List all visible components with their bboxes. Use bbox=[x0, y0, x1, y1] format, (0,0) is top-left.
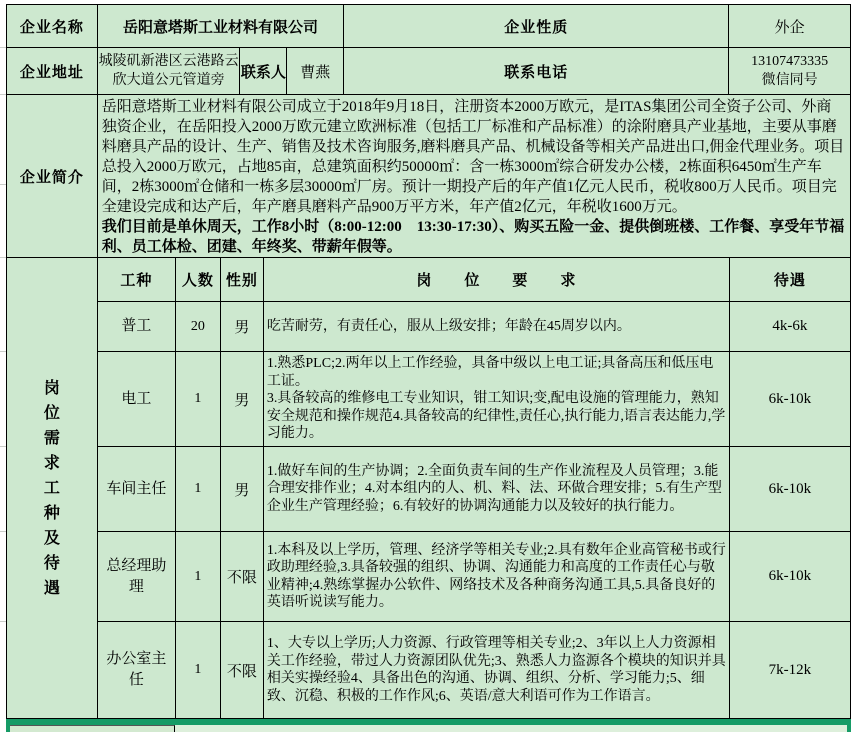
next-section-left-cell bbox=[10, 725, 175, 732]
job-requirements: 1、大专以上学历;人力资源、行政管理等相关专业;2、3年以上人力资源相关工作经验… bbox=[264, 622, 730, 718]
contact-phone-value: 13107473335 微信同号 bbox=[729, 48, 850, 94]
job-count: 1 bbox=[176, 352, 221, 446]
table-row: 车间主任 1 男 1.做好车间的生产协调；2.全面负责车间的生产作业流程及人员管… bbox=[98, 447, 850, 532]
job-gender: 不限 bbox=[221, 622, 264, 718]
table-row: 电工 1 男 1.熟悉PLC;2.两年以上工作经验，具备中级以上电工证;具备高压… bbox=[98, 352, 850, 447]
company-nature-value: 外企 bbox=[729, 5, 850, 47]
phone-wechat-note: 微信同号 bbox=[762, 71, 818, 90]
recruitment-table: 企业名称 岳阳意塔斯工业材料有限公司 企业性质 外企 企业地址 城陵矶新港区云港… bbox=[6, 4, 851, 719]
job-count: 1 bbox=[176, 532, 221, 621]
job-requirements: 吃苦耐劳，有责任心，服从上级安排；年龄在45周岁以内。 bbox=[264, 302, 730, 351]
job-type: 办公室主任 bbox=[98, 622, 176, 718]
company-address-label: 企业地址 bbox=[7, 48, 98, 94]
company-name-row: 企业名称 岳阳意塔斯工业材料有限公司 企业性质 外企 bbox=[7, 5, 850, 48]
company-profile-text: 岳阳意塔斯工业材料有限公司成立于2018年9月18日，注册资本2000万欧元，是… bbox=[98, 95, 850, 257]
next-section-body-cell bbox=[175, 725, 847, 732]
job-header-row: 工种 人数 性别 岗 位 要 求 待遇 bbox=[98, 258, 850, 302]
job-rows: 工种 人数 性别 岗 位 要 求 待遇 普工 20 男 吃苦耐劳，有责任心，服从… bbox=[98, 258, 850, 718]
job-salary: 6k-10k bbox=[730, 532, 850, 621]
company-address-row: 企业地址 城陵矶新港区云港路云欣大道公元管道旁 联系人 曹燕 联系电话 1310… bbox=[7, 48, 850, 95]
company-profile-row: 企业简介 岳阳意塔斯工业材料有限公司成立于2018年9月18日，注册资本2000… bbox=[7, 95, 850, 258]
profile-benefits-paragraph: 我们目前是单休周天，工作8小时（8:00-12:00 13:30-17:30）、… bbox=[102, 217, 846, 257]
table-row: 普工 20 男 吃苦耐劳，有责任心，服从上级安排；年龄在45周岁以内。 4k-6… bbox=[98, 302, 850, 352]
job-type: 总经理助理 bbox=[98, 532, 176, 621]
job-gender: 男 bbox=[221, 447, 264, 531]
header-requirements: 岗 位 要 求 bbox=[264, 258, 730, 301]
job-salary: 4k-6k bbox=[730, 302, 850, 351]
job-gender: 不限 bbox=[221, 532, 264, 621]
company-address-value: 城陵矶新港区云港路云欣大道公元管道旁 bbox=[98, 48, 241, 94]
job-requirements: 1.做好车间的生产协调；2.全面负责车间的生产作业流程及人员管理；3.能合理安排… bbox=[264, 447, 730, 531]
spreadsheet-sheet: 企业名称 岳阳意塔斯工业材料有限公司 企业性质 外企 企业地址 城陵矶新港区云港… bbox=[0, 0, 856, 732]
company-profile-label: 企业简介 bbox=[7, 95, 98, 257]
job-gender: 男 bbox=[221, 302, 264, 351]
job-count: 1 bbox=[176, 622, 221, 718]
job-section-vertical-label: 岗位需求工种及待遇 bbox=[43, 376, 61, 601]
job-gender: 男 bbox=[221, 352, 264, 446]
company-name-value: 岳阳意塔斯工业材料有限公司 bbox=[98, 5, 344, 47]
job-count: 1 bbox=[176, 447, 221, 531]
header-count: 人数 bbox=[176, 258, 221, 301]
job-type: 电工 bbox=[98, 352, 176, 446]
job-salary: 7k-12k bbox=[730, 622, 850, 718]
table-row: 办公室主任 1 不限 1、大专以上学历;人力资源、行政管理等相关专业;2、3年以… bbox=[98, 622, 850, 718]
contact-person-label: 联系人 bbox=[240, 48, 287, 94]
profile-paragraph: 岳阳意塔斯工业材料有限公司成立于2018年9月18日，注册资本2000万欧元，是… bbox=[102, 97, 846, 217]
job-type: 车间主任 bbox=[98, 447, 176, 531]
job-section: 岗位需求工种及待遇 工种 人数 性别 岗 位 要 求 待遇 普工 20 男 吃苦… bbox=[7, 258, 850, 718]
table-row: 总经理助理 1 不限 1.本科及以上学历，管理、经济学等相关专业;2.具有数年企… bbox=[98, 532, 850, 622]
job-requirements: 1.熟悉PLC;2.两年以上工作经验，具备中级以上电工证;具备高压和低压电工证。… bbox=[264, 352, 730, 446]
company-name-label: 企业名称 bbox=[7, 5, 98, 47]
contact-person-value: 曹燕 bbox=[287, 48, 344, 94]
header-salary: 待遇 bbox=[730, 258, 850, 301]
company-nature-label: 企业性质 bbox=[344, 5, 729, 47]
job-salary: 6k-10k bbox=[730, 447, 850, 531]
header-type: 工种 bbox=[98, 258, 176, 301]
job-salary: 6k-10k bbox=[730, 352, 850, 446]
job-requirements: 1.本科及以上学历，管理、经济学等相关专业;2.具有数年企业高管秘书或行政助理经… bbox=[264, 532, 730, 621]
header-gender: 性别 bbox=[221, 258, 264, 301]
contact-phone-label: 联系电话 bbox=[344, 48, 729, 94]
phone-number: 13107473335 bbox=[751, 52, 828, 71]
next-section-frame bbox=[6, 719, 851, 732]
job-count: 20 bbox=[176, 302, 221, 351]
job-type: 普工 bbox=[98, 302, 176, 351]
job-section-label-cell: 岗位需求工种及待遇 bbox=[7, 258, 98, 718]
